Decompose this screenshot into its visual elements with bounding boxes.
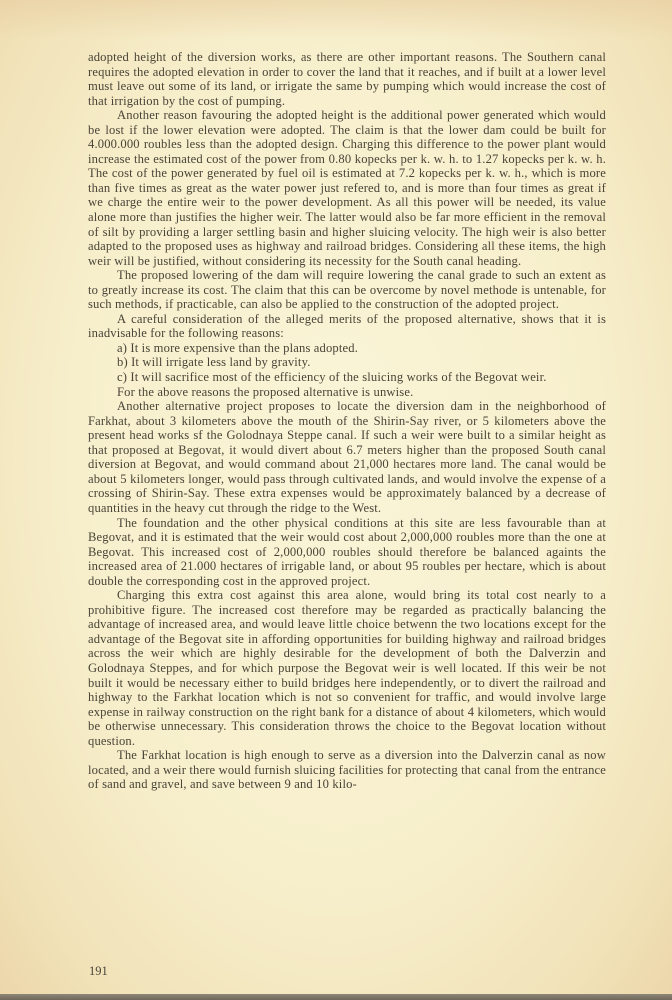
paragraph: Another reason favouring the adopted hei… [88, 108, 606, 268]
page-number: 191 [89, 964, 108, 979]
paragraph: The Farkhat location is high enough to s… [88, 748, 606, 792]
page-body-text: adopted height of the diversion works, a… [88, 50, 606, 792]
paragraph: adopted height of the diversion works, a… [88, 50, 606, 108]
paragraph: The proposed lowering of the dam will re… [88, 268, 606, 312]
paragraph: A careful consideration of the alleged m… [88, 312, 606, 341]
list-item: a) It is more expensive than the plans a… [88, 341, 606, 356]
paragraph: Another alternative project proposes to … [88, 399, 606, 515]
page-bottom-edge [0, 994, 672, 1000]
paragraph: The foundation and the other physical co… [88, 516, 606, 589]
paragraph: Charging this extra cost against this ar… [88, 588, 606, 748]
list-item: c) It will sacrifice most of the efficie… [88, 370, 606, 385]
paragraph: For the above reasons the proposed alter… [88, 385, 606, 400]
page-top-shading [0, 0, 672, 40]
list-item: b) It will irrigate less land by gravity… [88, 355, 606, 370]
